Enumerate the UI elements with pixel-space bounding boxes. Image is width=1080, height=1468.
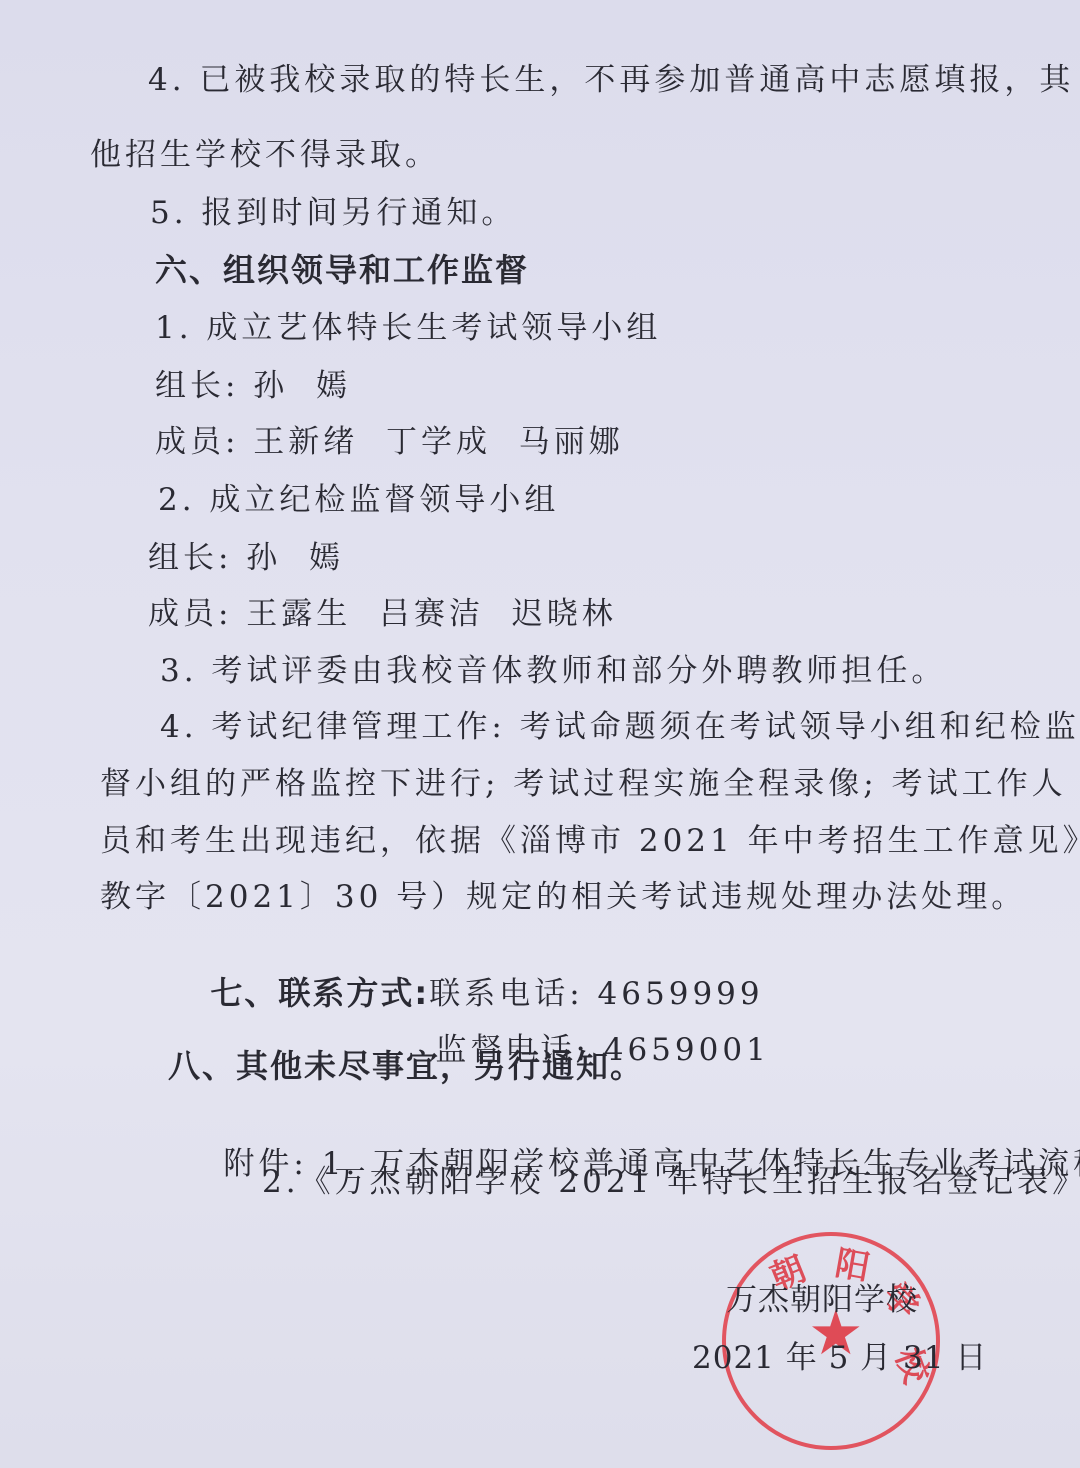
section-6-heading: 六、组织领导和工作监督 [155, 250, 529, 290]
paragraph-item-4-line-2: 他招生学校不得录取。 [90, 135, 440, 175]
group-1-leader: 组长: 孙 嫣 [155, 366, 351, 406]
group-2-members: 成员: 王露生 吕赛洁 迟晓林 [148, 594, 617, 634]
group-2-title: 2. 成立纪检监督领导小组 [158, 480, 559, 520]
paragraph-item-5: 5. 报到时间另行通知。 [150, 193, 516, 233]
attachment-item-2: 2.《万杰朝阳学校 2021 年特长生招生报名登记表》 [262, 1162, 1080, 1202]
group-1-members: 成员: 王新绪 丁学成 马丽娜 [155, 422, 624, 462]
item-4-line-4: 教字〔2021〕30 号）规定的相关考试违规处理办法处理。 [100, 877, 1026, 917]
paragraph-item-4-line-1: 4. 已被我校录取的特长生，不再参加普通高中志愿填报，其 [148, 60, 1074, 100]
item-4-line-3: 员和考生出现违纪，依据《淄博市 2021 年中考招生工作意见》(淄 [100, 821, 1080, 861]
section-8-heading: 八、其他未尽事宜，另行通知。 [168, 1046, 644, 1086]
item-4-line-1: 4. 考试纪律管理工作: 考试命题须在考试领导小组和纪检监 [160, 707, 1080, 747]
group-1-title: 1. 成立艺体特长生考试领导小组 [155, 308, 661, 348]
group-2-leader: 组长: 孙 嫣 [148, 538, 344, 578]
item-4-line-2: 督小组的严格监控下进行; 考试过程实施全程录像; 考试工作人 [100, 764, 1067, 804]
signature-organization: 万杰朝阳学校 [726, 1280, 918, 1320]
signature-date: 2021 年 5 月 31 日 [692, 1338, 987, 1378]
document-page: 4. 已被我校录取的特长生，不再参加普通高中志愿填报，其 他招生学校不得录取。 … [0, 0, 1080, 1468]
item-3-judges: 3. 考试评委由我校音体教师和部分外聘教师担任。 [160, 651, 946, 691]
